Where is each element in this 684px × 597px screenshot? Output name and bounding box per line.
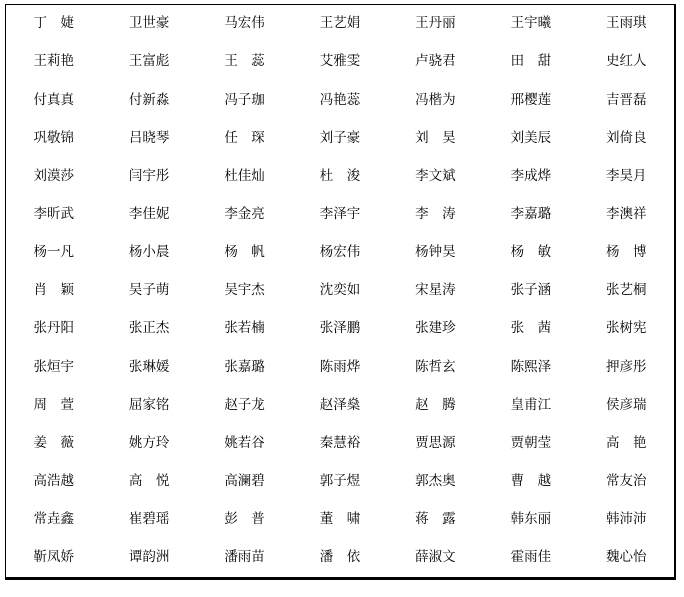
name-cell: 彭 普	[197, 501, 292, 539]
name-cell: 卢骁君	[388, 43, 483, 81]
name-cell: 杨 帆	[197, 234, 292, 272]
name-cell: 刘漠莎	[6, 158, 101, 196]
name-cell: 姜 薇	[6, 424, 101, 462]
name-cell: 李昕武	[6, 196, 101, 234]
name-cell: 王富彪	[101, 43, 196, 81]
name-cell: 贾思源	[388, 424, 483, 462]
name-cell: 赵子龙	[197, 386, 292, 424]
name-cell: 杨小晨	[101, 234, 196, 272]
name-cell: 杨一凡	[6, 234, 101, 272]
name-cell: 高 悦	[101, 463, 196, 501]
name-cell: 霍雨佳	[483, 539, 578, 577]
name-cell: 韩沛沛	[579, 501, 674, 539]
name-cell: 杨 敏	[483, 234, 578, 272]
name-cell: 李文斌	[388, 158, 483, 196]
name-cell: 董 啸	[292, 501, 387, 539]
name-cell: 张琳媛	[101, 348, 196, 386]
name-cell: 魏心怡	[579, 539, 674, 577]
name-cell: 王 蕊	[197, 43, 292, 81]
name-cell: 赵泽燊	[292, 386, 387, 424]
name-cell: 冯楷为	[388, 81, 483, 119]
name-cell: 刘子豪	[292, 119, 387, 157]
name-roster-table: 丁 婕卫世豪马宏伟王艺娟王丹丽王宇曦王雨琪王莉艳王富彪王 蕊艾雅雯卢骁君田 甜史…	[5, 4, 676, 580]
name-cell: 李泽宇	[292, 196, 387, 234]
name-cell: 李嘉璐	[483, 196, 578, 234]
name-cell: 刘美辰	[483, 119, 578, 157]
name-cell: 沈奕如	[292, 272, 387, 310]
name-cell: 郭杰奥	[388, 463, 483, 501]
name-cell: 王雨琪	[579, 5, 674, 43]
name-cell: 艾雅雯	[292, 43, 387, 81]
name-cell: 杨钟昊	[388, 234, 483, 272]
name-cell: 赵 腾	[388, 386, 483, 424]
name-cell: 王宇曦	[483, 5, 578, 43]
name-cell: 潘 依	[292, 539, 387, 577]
name-cell: 潘雨苗	[197, 539, 292, 577]
name-cell: 押彦彤	[579, 348, 674, 386]
name-cell: 李金亮	[197, 196, 292, 234]
name-cell: 王丹丽	[388, 5, 483, 43]
name-cell: 陈熙泽	[483, 348, 578, 386]
name-cell: 郭子煜	[292, 463, 387, 501]
name-cell: 靳凤娇	[6, 539, 101, 577]
name-cell: 吴子萌	[101, 272, 196, 310]
name-cell: 杨宏伟	[292, 234, 387, 272]
name-cell: 李昊月	[579, 158, 674, 196]
name-cell: 张建珍	[388, 310, 483, 348]
name-cell: 肖 颖	[6, 272, 101, 310]
name-cell: 张艺桐	[579, 272, 674, 310]
name-cell: 张丹阳	[6, 310, 101, 348]
name-cell: 杜 浚	[292, 158, 387, 196]
name-cell: 张子涵	[483, 272, 578, 310]
name-cell: 韩东丽	[483, 501, 578, 539]
name-cell: 周 萱	[6, 386, 101, 424]
name-cell: 张 茜	[483, 310, 578, 348]
name-cell: 崔碧瑶	[101, 501, 196, 539]
name-cell: 张泽鹏	[292, 310, 387, 348]
name-cell: 杨 博	[579, 234, 674, 272]
name-cell: 刘 昊	[388, 119, 483, 157]
name-cell: 谭韵洲	[101, 539, 196, 577]
name-cell: 李 涛	[388, 196, 483, 234]
name-cell: 刘倚良	[579, 119, 674, 157]
name-cell: 曹 越	[483, 463, 578, 501]
name-cell: 付新淼	[101, 81, 196, 119]
name-cell: 冯子珈	[197, 81, 292, 119]
name-cell: 冯艳蕊	[292, 81, 387, 119]
name-cell: 陈雨烨	[292, 348, 387, 386]
name-cell: 吉晋磊	[579, 81, 674, 119]
name-cell: 常友治	[579, 463, 674, 501]
name-cell: 吕晓琴	[101, 119, 196, 157]
name-cell: 姚若谷	[197, 424, 292, 462]
name-cell: 高澜碧	[197, 463, 292, 501]
name-cell: 蒋 露	[388, 501, 483, 539]
name-cell: 宋星涛	[388, 272, 483, 310]
name-cell: 侯彦瑞	[579, 386, 674, 424]
name-cell: 巩敬锦	[6, 119, 101, 157]
name-cell: 李澳祥	[579, 196, 674, 234]
name-cell: 付真真	[6, 81, 101, 119]
name-cell: 王艺娟	[292, 5, 387, 43]
name-cell: 闫宇彤	[101, 158, 196, 196]
name-cell: 杜佳灿	[197, 158, 292, 196]
name-cell: 李佳妮	[101, 196, 196, 234]
name-cell: 任 琛	[197, 119, 292, 157]
name-cell: 卫世豪	[101, 5, 196, 43]
name-cell: 薛淑文	[388, 539, 483, 577]
name-cell: 张烜宇	[6, 348, 101, 386]
name-cell: 陈哲玄	[388, 348, 483, 386]
name-cell: 吴宇杰	[197, 272, 292, 310]
name-cell: 丁 婕	[6, 5, 101, 43]
name-cell: 皇甫江	[483, 386, 578, 424]
name-cell: 高 艳	[579, 424, 674, 462]
name-cell: 马宏伟	[197, 5, 292, 43]
name-cell: 常垚鑫	[6, 501, 101, 539]
name-cell: 张嘉璐	[197, 348, 292, 386]
document-page: 丁 婕卫世豪马宏伟王艺娟王丹丽王宇曦王雨琪王莉艳王富彪王 蕊艾雅雯卢骁君田 甜史…	[0, 0, 684, 597]
name-cell: 李成烨	[483, 158, 578, 196]
name-cell: 秦慧裕	[292, 424, 387, 462]
name-cell: 姚方玲	[101, 424, 196, 462]
name-cell: 贾朝莹	[483, 424, 578, 462]
name-cell: 王莉艳	[6, 43, 101, 81]
name-cell: 邢樱莲	[483, 81, 578, 119]
name-cell: 张若楠	[197, 310, 292, 348]
name-cell: 张正杰	[101, 310, 196, 348]
name-cell: 屈家铭	[101, 386, 196, 424]
name-cell: 史红人	[579, 43, 674, 81]
name-cell: 高浩越	[6, 463, 101, 501]
name-cell: 田 甜	[483, 43, 578, 81]
name-cell: 张树宪	[579, 310, 674, 348]
